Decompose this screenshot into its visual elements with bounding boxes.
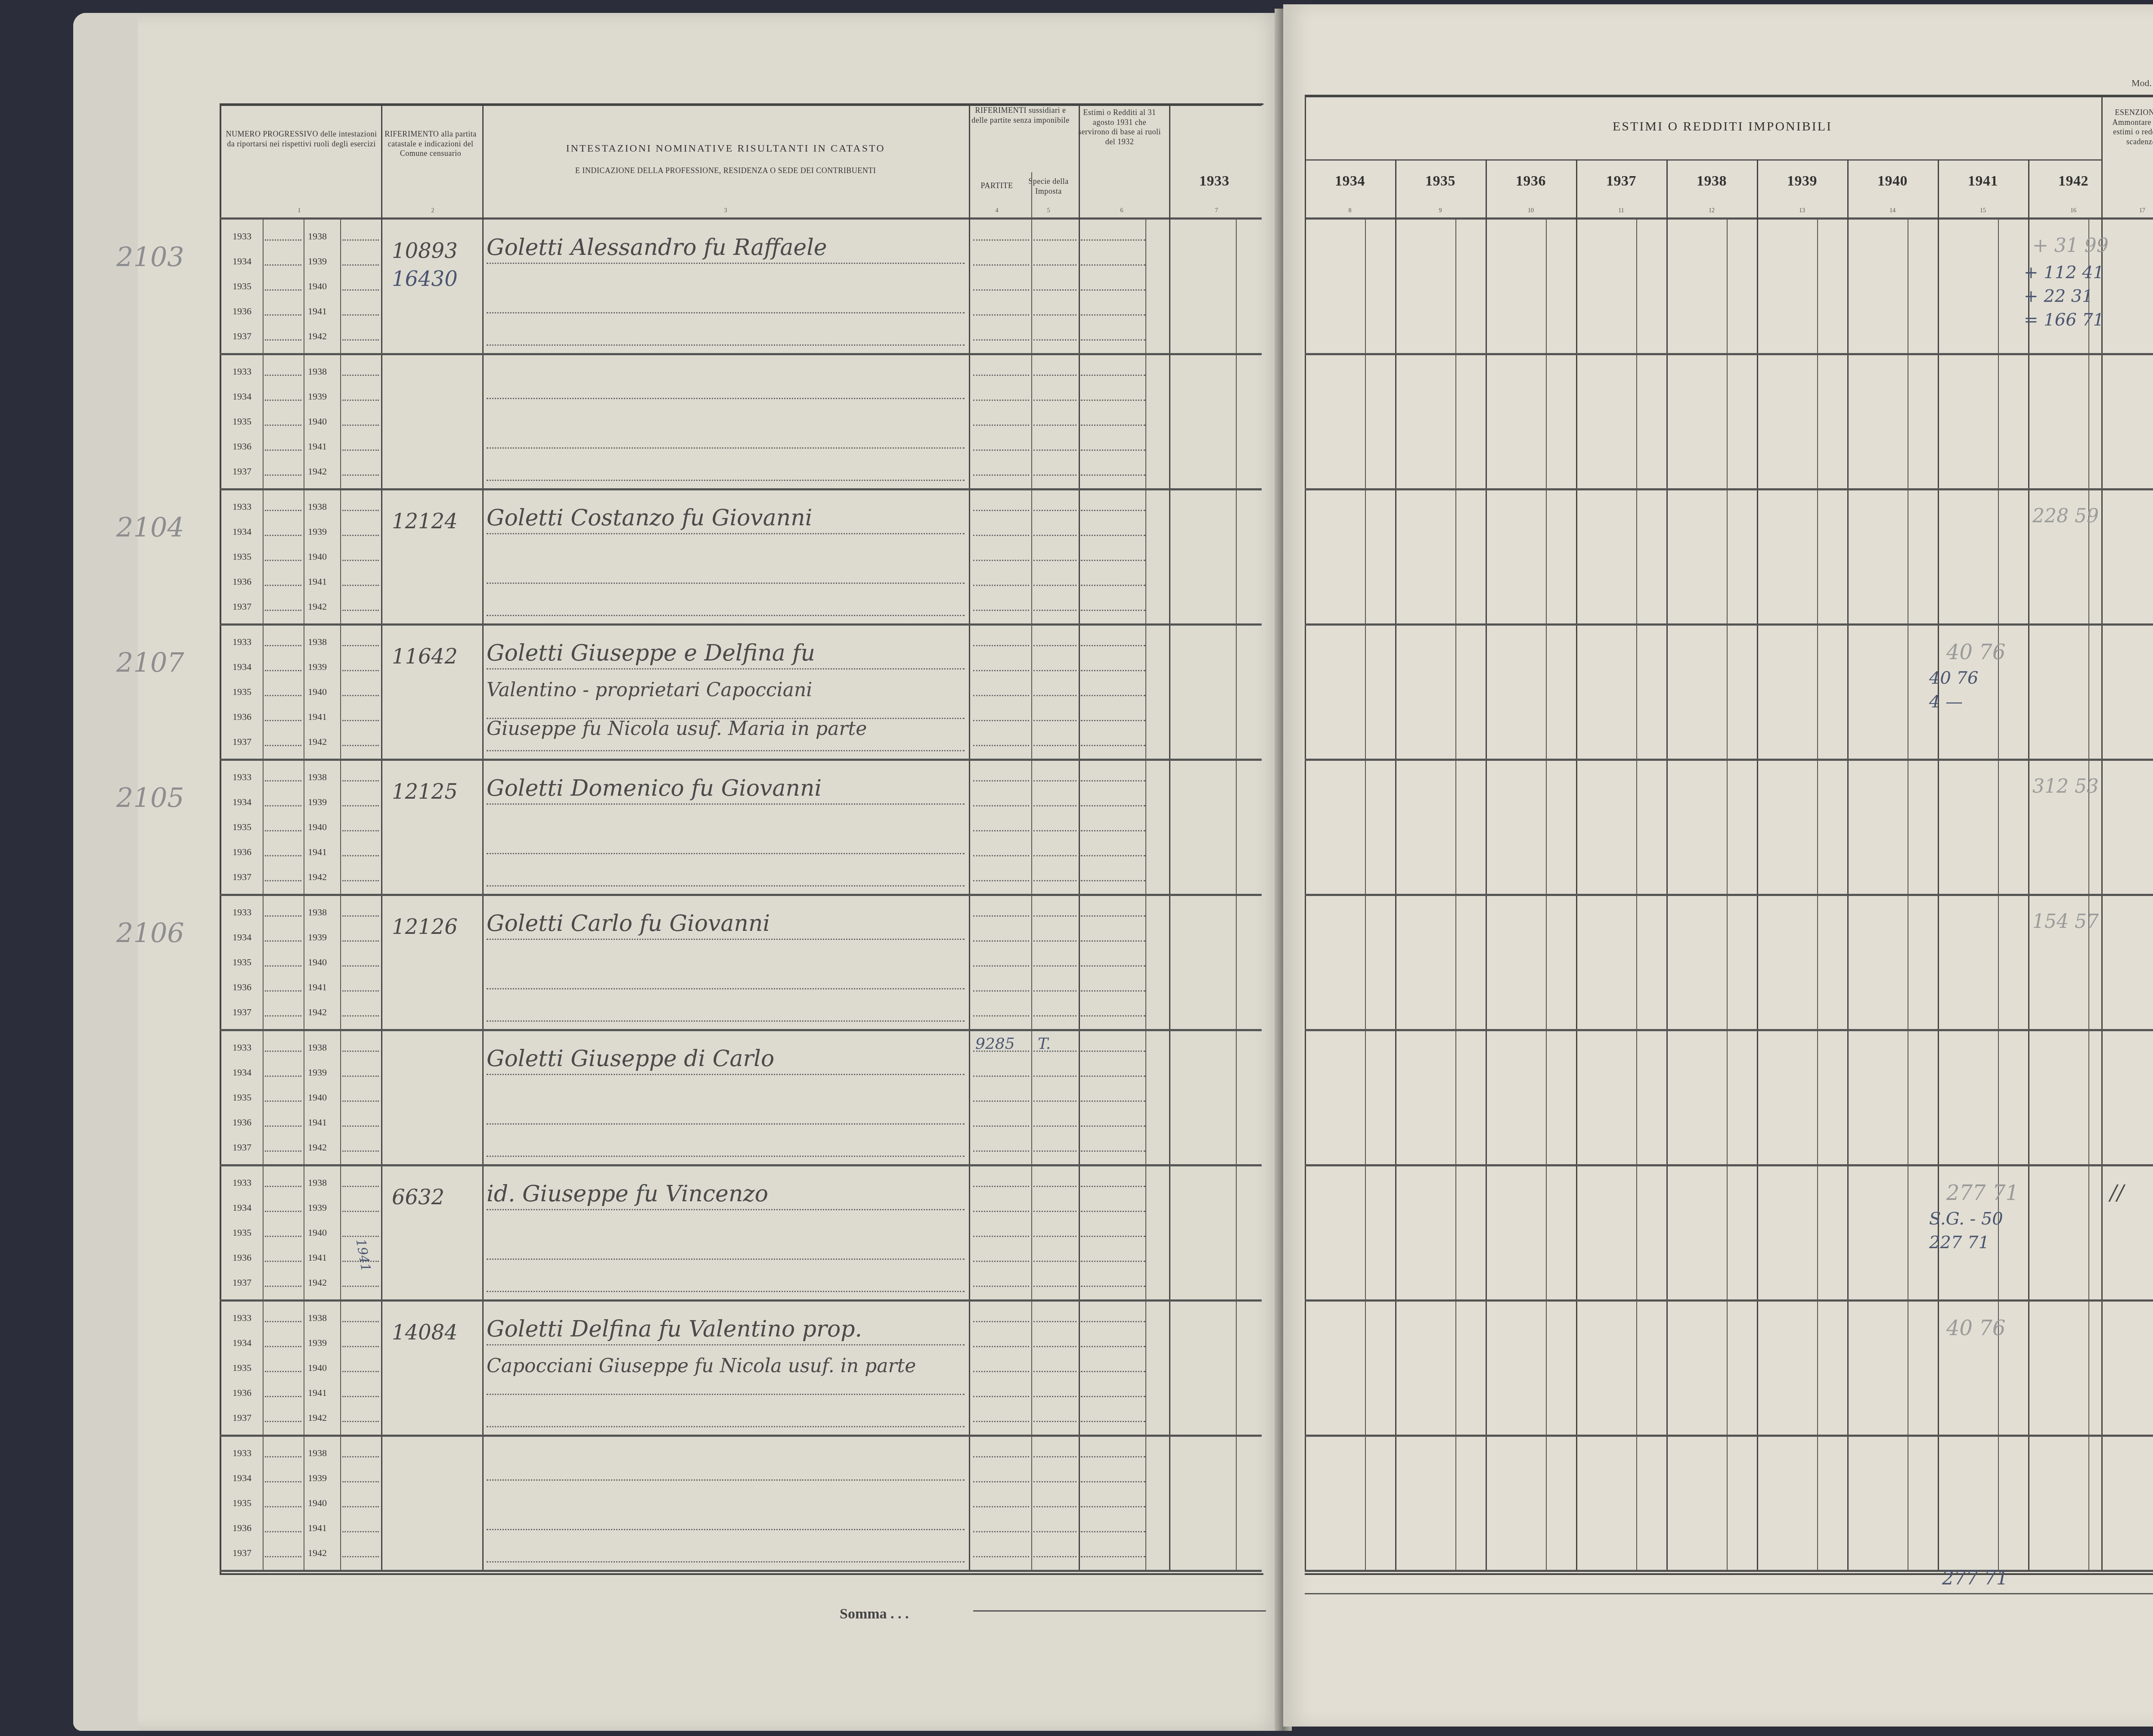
name-rule	[487, 312, 965, 313]
dotted-line	[973, 314, 1029, 316]
dotted-line	[265, 1321, 301, 1322]
year-label: 1940	[308, 1227, 327, 1238]
taxpayer-name: Goletti Giuseppe di Carlo	[487, 1046, 774, 1072]
dotted-line	[1081, 695, 1145, 696]
dotted-line	[973, 289, 1029, 291]
header-riferimenti-sussidiari: RIFERIMENTI sussidiari e delle partite s…	[969, 105, 1072, 125]
block-rule	[1305, 759, 2153, 761]
dotted-line	[265, 1371, 301, 1372]
dotted-line	[1033, 1396, 1076, 1397]
year-label: 1934	[233, 391, 251, 402]
dotted-line	[342, 1531, 379, 1532]
year-label: 1939	[308, 932, 327, 943]
somma-1941-value: 277 71	[1942, 1567, 2008, 1589]
dotted-line	[1033, 1531, 1076, 1532]
dotted-line	[265, 965, 301, 967]
dotted-line	[265, 805, 301, 806]
dotted-line	[342, 1456, 379, 1457]
year-label: 1941	[308, 846, 327, 858]
dotted-line	[342, 314, 379, 316]
partita-number: 11642	[392, 645, 458, 669]
margin-number: 2105	[116, 782, 184, 813]
name-rule	[487, 615, 965, 616]
dotted-line	[1033, 535, 1076, 536]
dotted-line	[265, 535, 301, 536]
dotted-line	[1081, 239, 1145, 241]
dotted-line	[1081, 425, 1145, 426]
year-label: 1941	[308, 1522, 327, 1534]
dotted-line	[1081, 1556, 1145, 1557]
name-rule	[487, 1209, 965, 1210]
dotted-line	[1081, 510, 1145, 511]
colnum: 8	[1343, 208, 1356, 214]
dotted-line	[1081, 1015, 1145, 1017]
calc-line: 40 76	[1929, 668, 1979, 688]
left-table	[220, 103, 1263, 1575]
year-label: 1942	[308, 1277, 327, 1288]
partita-number: 12124	[392, 509, 458, 533]
dotted-line	[1081, 1456, 1145, 1457]
header-year: 1938	[1666, 172, 1757, 191]
dotted-line	[265, 289, 301, 291]
dotted-line	[1081, 1076, 1145, 1077]
dotted-line	[1033, 1261, 1076, 1262]
dotted-line	[1081, 1531, 1145, 1532]
year-label: 1939	[308, 661, 327, 673]
estimo-1941: 40 76	[1946, 640, 2005, 664]
dotted-line	[265, 745, 301, 746]
dotted-line	[342, 1286, 379, 1287]
dotted-line	[265, 560, 301, 561]
dotted-line	[1081, 1321, 1145, 1322]
left-header-bottom-rule	[220, 217, 1262, 220]
year-label: 1933	[233, 501, 251, 512]
margin-number: 2104	[116, 512, 184, 543]
dotted-line	[265, 1506, 301, 1507]
taxpayer-name: Goletti Delfina fu Valentino prop.	[487, 1316, 862, 1342]
year-label: 1942	[308, 1547, 327, 1559]
year-label: 1940	[308, 416, 327, 427]
dotted-line	[1081, 289, 1145, 291]
dotted-line	[1081, 1261, 1145, 1262]
year-label: 1942	[308, 736, 327, 747]
dotted-line	[342, 805, 379, 806]
year-label: 1934	[233, 526, 251, 537]
dotted-line	[973, 915, 1029, 917]
taxpayer-name: Goletti Giuseppe e Delfina fu	[487, 640, 815, 666]
year-label: 1935	[233, 686, 251, 697]
rif-partite: 9285	[975, 1035, 1015, 1053]
dotted-line	[973, 560, 1029, 561]
dotted-line	[1033, 645, 1076, 646]
dotted-line	[973, 990, 1029, 992]
dotted-line	[342, 1211, 379, 1212]
dotted-line	[973, 780, 1029, 781]
year-label: 1934	[233, 1067, 251, 1078]
dotted-line	[973, 940, 1029, 942]
year-label: 1938	[308, 231, 327, 242]
block-rule	[220, 759, 1262, 761]
dotted-line	[342, 510, 379, 511]
dotted-line	[1033, 745, 1076, 746]
year-label: 1941	[308, 1387, 327, 1398]
col-divider	[1847, 159, 1849, 1572]
name-rule	[487, 1020, 965, 1022]
dotted-line	[1081, 474, 1145, 476]
calc-line: + 112 41	[2024, 263, 2104, 282]
year-label: 1937	[233, 871, 251, 883]
dotted-line	[265, 915, 301, 917]
dotted-line	[265, 375, 301, 376]
name-rule	[487, 447, 965, 449]
dotted-line	[1081, 1051, 1145, 1052]
dotted-line	[342, 1236, 379, 1237]
taxpayer-name: id. Giuseppe fu Vincenzo	[487, 1181, 768, 1207]
dotted-line	[1033, 720, 1076, 721]
somma-rule-left	[973, 1610, 1266, 1612]
dotted-line	[342, 239, 379, 241]
year-label: 1942	[308, 1412, 327, 1423]
year-label: 1938	[308, 1042, 327, 1053]
partita-number: 14084	[392, 1321, 458, 1345]
dotted-line	[1081, 965, 1145, 967]
dotted-line	[973, 1236, 1029, 1237]
dotted-line	[342, 1421, 379, 1422]
years-header-rule	[1305, 159, 2101, 161]
year-label: 1939	[308, 1337, 327, 1348]
dotted-line	[342, 720, 379, 721]
dotted-line	[973, 745, 1029, 746]
year-label: 1939	[308, 526, 327, 537]
dotted-line	[342, 1321, 379, 1322]
taxpayer-name: Goletti Costanzo fu Giovanni	[487, 505, 812, 531]
year-label: 1935	[233, 416, 251, 427]
dotted-line	[342, 1396, 379, 1397]
year-label: 1938	[308, 636, 327, 648]
dotted-line	[1033, 1346, 1076, 1347]
dotted-line	[1033, 1186, 1076, 1187]
year-label: 1939	[308, 391, 327, 402]
dotted-line	[1081, 1186, 1145, 1187]
year-label: 1939	[308, 1202, 327, 1213]
calc-line: 227 71	[1929, 1233, 1989, 1252]
dotted-line	[342, 1481, 379, 1482]
dotted-line	[1033, 1015, 1076, 1017]
col-divider	[482, 103, 484, 1572]
name-rule	[487, 1259, 965, 1260]
partita-number: 6632	[392, 1185, 444, 1209]
dotted-line	[973, 805, 1029, 806]
year-label: 1935	[233, 1092, 251, 1103]
dotted-line	[1033, 1150, 1076, 1152]
year-label: 1935	[233, 1362, 251, 1373]
col-divider	[1938, 159, 1939, 1572]
header-year: 1939	[1757, 172, 1847, 191]
dotted-line	[342, 1015, 379, 1017]
dotted-line	[265, 239, 301, 241]
taxpayer-name: Goletti Alessandro fu Raffaele	[487, 235, 827, 260]
year-label: 1935	[233, 551, 251, 562]
dotted-line	[342, 1346, 379, 1347]
year-label: 1940	[308, 821, 327, 833]
dotted-line	[1033, 1506, 1076, 1507]
name-rule	[487, 988, 965, 989]
block-rule	[1305, 1299, 2153, 1302]
dotted-line	[1081, 745, 1145, 746]
header-year: 1940	[1847, 172, 1938, 191]
taxpayer-line-2: Valentino - proprietari Capocciani	[487, 679, 812, 701]
colnum: 15	[1976, 208, 1989, 214]
year-label: 1940	[308, 1362, 327, 1373]
dotted-line	[973, 695, 1029, 696]
dotted-line	[342, 585, 379, 586]
header-year-1933: 1933	[1171, 172, 1257, 191]
taxpayer-line-3: Giuseppe fu Nicola usuf. Maria in parte	[487, 718, 867, 740]
dotted-line	[973, 1556, 1029, 1557]
dotted-line	[1081, 1346, 1145, 1347]
dotted-line	[265, 780, 301, 781]
dotted-line	[1081, 1211, 1145, 1212]
dotted-line	[342, 780, 379, 781]
dotted-line	[1081, 1506, 1145, 1507]
year-label: 1933	[233, 366, 251, 377]
year-label: 1936	[233, 306, 251, 317]
header-estimi-1931: Estimi o Redditi al 31 agosto 1931 che s…	[1076, 108, 1163, 146]
dotted-line	[1033, 1076, 1076, 1077]
dotted-line	[973, 1125, 1029, 1127]
dotted-line	[265, 1051, 301, 1052]
dotted-line	[1033, 805, 1076, 806]
header-intestazioni: INTESTAZIONI NOMINATIVE RISULTANTI IN CA…	[487, 142, 965, 155]
year-label: 1934	[233, 256, 251, 267]
col-divider	[1079, 103, 1080, 1572]
dotted-line	[265, 339, 301, 341]
dotted-line	[1033, 264, 1076, 266]
name-rule	[487, 803, 965, 805]
dotted-line	[1081, 1421, 1145, 1422]
dotted-line	[265, 1421, 301, 1422]
year-label: 1940	[308, 1092, 327, 1103]
col-divider	[1757, 159, 1758, 1572]
year-label: 1936	[233, 441, 251, 452]
dotted-line	[1033, 670, 1076, 671]
dotted-line	[265, 610, 301, 611]
taxpayer-name: Goletti Domenico fu Giovanni	[487, 775, 822, 801]
name-rule	[487, 533, 965, 534]
dotted-line	[1033, 339, 1076, 341]
dotted-line	[342, 880, 379, 881]
dotted-line	[265, 1015, 301, 1017]
col-divider	[1486, 159, 1487, 1572]
dotted-line	[973, 264, 1029, 266]
dotted-line	[1081, 585, 1145, 586]
block-rule	[1305, 1435, 2153, 1437]
year-label: 1938	[308, 1177, 327, 1188]
colnum: 16	[2067, 208, 2080, 214]
estimo-1941: 40 76	[1946, 1316, 2005, 1340]
dotted-line	[1081, 720, 1145, 721]
dotted-line	[1081, 880, 1145, 881]
calc-line: + 22 31	[2024, 286, 2093, 306]
dotted-line	[973, 720, 1029, 721]
year-label: 1936	[233, 1252, 251, 1263]
dotted-line	[1081, 400, 1145, 401]
dotted-line	[1081, 805, 1145, 806]
dotted-line	[1033, 965, 1076, 967]
colnum: 11	[1615, 208, 1628, 214]
col-divider	[1395, 159, 1396, 1572]
dotted-line	[342, 745, 379, 746]
year-label: 1941	[308, 441, 327, 452]
rif-specie: T.	[1038, 1035, 1051, 1053]
year-label: 1938	[308, 772, 327, 783]
dotted-line	[265, 1531, 301, 1532]
year-label: 1937	[233, 1277, 251, 1288]
name-rule	[487, 668, 965, 670]
block-rule	[220, 1299, 1262, 1302]
block-rule	[1305, 1164, 2153, 1166]
block-rule	[1305, 353, 2153, 355]
block-rule	[220, 623, 1262, 626]
dotted-line	[973, 1346, 1029, 1347]
dotted-line	[1033, 1456, 1076, 1457]
dotted-line	[1033, 610, 1076, 611]
col-divider	[1305, 95, 1306, 1572]
year-label: 1936	[233, 1117, 251, 1128]
form-code: Mod. 111 - Imposte Dirette (Intercalare)…	[2131, 77, 2153, 89]
year-label: 1941	[308, 576, 327, 587]
dotted-line	[265, 990, 301, 992]
year-label: 1934	[233, 1202, 251, 1213]
dotted-line	[973, 510, 1029, 511]
dotted-line	[342, 1371, 379, 1372]
colnum-4: 4	[990, 208, 1003, 214]
year-label: 1935	[233, 281, 251, 292]
name-rule	[487, 1529, 965, 1530]
dotted-line	[973, 1186, 1029, 1187]
year-label: 1934	[233, 1472, 251, 1484]
block-rule	[1305, 1570, 2153, 1572]
year-label: 1938	[308, 907, 327, 918]
header-year: 1941	[1938, 172, 2028, 191]
dotted-line	[1033, 1286, 1076, 1287]
dotted-line	[1033, 940, 1076, 942]
dotted-line	[1033, 990, 1076, 992]
dotted-line	[1081, 915, 1145, 917]
dotted-line	[1081, 855, 1145, 856]
dotted-line	[973, 855, 1029, 856]
year-label: 1937	[233, 736, 251, 747]
somma-label: Somma . . .	[840, 1606, 909, 1622]
year-label: 1933	[233, 907, 251, 918]
header-intestazioni-sub: E INDICAZIONE DELLA PROFESSIONE, RESIDEN…	[487, 166, 965, 176]
dotted-line	[973, 1211, 1029, 1212]
dotted-line	[1033, 560, 1076, 561]
dotted-line	[973, 1015, 1029, 1017]
year-label: 1941	[308, 982, 327, 993]
dotted-line	[973, 1421, 1029, 1422]
dotted-line	[265, 670, 301, 671]
name-rule	[487, 263, 965, 264]
year-label: 1935	[233, 821, 251, 833]
estimo-1942: + 31 99	[2032, 235, 2109, 257]
dotted-line	[1081, 830, 1145, 831]
colnum: 13	[1796, 208, 1809, 214]
dotted-line	[342, 1051, 379, 1052]
year-label: 1942	[308, 601, 327, 612]
dotted-line	[342, 940, 379, 942]
partita-number: 10893	[392, 239, 458, 263]
dotted-line	[265, 1186, 301, 1187]
calc-line: S.G. - 50	[1929, 1209, 2003, 1229]
col-divider	[969, 103, 970, 1572]
header-partite: PARTITE	[969, 181, 1025, 191]
dotted-line	[265, 1481, 301, 1482]
year-label: 1933	[233, 1312, 251, 1324]
dotted-line	[1081, 339, 1145, 341]
dotted-line	[342, 1186, 379, 1187]
name-rule	[487, 1479, 965, 1481]
dotted-line	[973, 239, 1029, 241]
year-label: 1937	[233, 1547, 251, 1559]
year-label: 1937	[233, 1412, 251, 1423]
year-label: 1938	[308, 1448, 327, 1459]
year-label: 1938	[308, 1312, 327, 1324]
dotted-line	[1081, 535, 1145, 536]
colnum: 10	[1524, 208, 1537, 214]
margin-number: 2107	[116, 647, 184, 678]
dotted-line	[973, 585, 1029, 586]
year-label: 1942	[308, 871, 327, 883]
year-label: 1938	[308, 366, 327, 377]
dotted-line	[1081, 1125, 1145, 1127]
dotted-line	[265, 425, 301, 426]
dotted-line	[1033, 830, 1076, 831]
dotted-line	[1033, 510, 1076, 511]
block-rule	[220, 353, 1262, 355]
colnum-5: 5	[1042, 208, 1055, 214]
taxpayer-name: Goletti Carlo fu Giovanni	[487, 911, 770, 936]
dotted-line	[265, 940, 301, 942]
dotted-line	[1033, 1236, 1076, 1237]
year-label: 1942	[308, 1142, 327, 1153]
colnum: 14	[1886, 208, 1899, 214]
col-divider	[1666, 159, 1668, 1572]
colnum-7: 7	[1210, 208, 1223, 214]
year-label: 1933	[233, 636, 251, 648]
year-label: 1940	[308, 551, 327, 562]
colnum-3: 3	[719, 208, 732, 214]
header-specie-imposta: Specie della Imposta	[1027, 177, 1070, 196]
dotted-line	[342, 830, 379, 831]
dotted-line	[1081, 375, 1145, 376]
year-label: 1940	[308, 957, 327, 968]
col-divider	[1169, 103, 1170, 1572]
dotted-line	[1033, 1556, 1076, 1557]
year-label: 1940	[308, 686, 327, 697]
year-label: 1939	[308, 1472, 327, 1484]
dotted-line	[973, 474, 1029, 476]
dotted-line	[265, 449, 301, 451]
year-label: 1935	[233, 1497, 251, 1509]
calc-line: 4 —	[1929, 692, 1963, 712]
dotted-line	[1081, 610, 1145, 611]
dotted-line	[342, 965, 379, 967]
right-header-top-rule	[1305, 95, 2153, 97]
dotted-line	[1033, 695, 1076, 696]
dotted-line	[1081, 264, 1145, 266]
dotted-line	[973, 1531, 1029, 1532]
